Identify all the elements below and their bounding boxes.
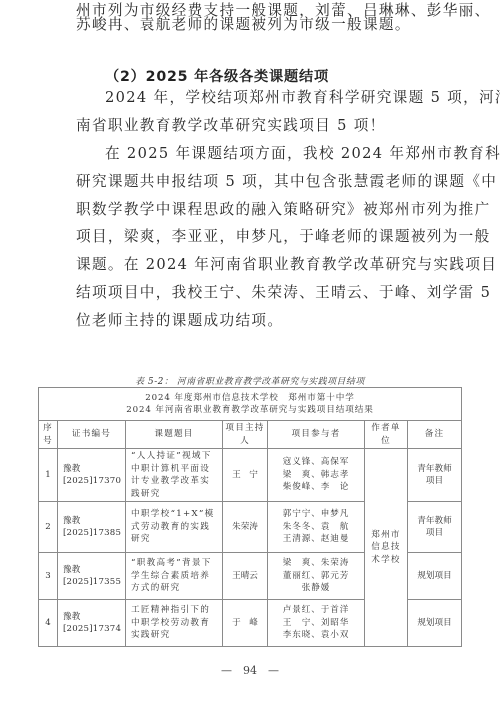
table-title: 2024 年度郑州市信息技术学校 郑州市第十中学 2024 年河南省职业教育教学… [39, 388, 462, 421]
cell-participants: 寇义锋、高保军 梁 爽、韩志孝 柴俊峰、李 论 [268, 449, 365, 502]
cell-cert: 豫教 [2025]17385 [58, 502, 126, 553]
participant-line: 卢景红、于首洋 [270, 604, 362, 617]
cell-note: 规划项目 [408, 600, 462, 647]
header-note: 备注 [408, 421, 462, 449]
paragraph-summary: 2024 年，学校结项郑州市教育科学研究课题 5 项，河河 南省职业教育教学改革… [76, 84, 428, 140]
header-unit: 作者单位 [365, 421, 408, 449]
cell-unit: 郑州市信息技术学校 [365, 449, 408, 647]
cell-seq: 1 [39, 449, 58, 502]
text-line: 研究课题共申报结项 5 项，其中包含张慧霞老师的课题《中 [76, 168, 428, 196]
paragraph-continuation-block: 苏峻冉、袁航老师的课题被列为市级一般课题。 [76, 11, 428, 39]
header-seq: 序号 [39, 421, 58, 449]
cert-number: [2025]17355 [63, 576, 123, 589]
table-title-line-2: 2024 年河南省职业教育教学改革研究与实践项目结项结果 [41, 404, 459, 417]
table-caption: 表 5-2： 河南省职业教育教学改革研究与实践项目结项 [0, 374, 500, 387]
cert-prefix: 豫教 [63, 515, 123, 528]
cell-participants: 梁 爽、朱荣涛 董丽红、郭元芳 张静媛 [268, 553, 365, 600]
text-line: 位老师主持的课题成功结项。 [76, 307, 428, 335]
text-line: 南省职业教育教学改革研究实践项目 5 项！ [76, 112, 428, 140]
cell-topic: “职教高考”背景下学生综合素质培养方式的研究 [126, 553, 223, 600]
participant-line: 梁 爽、朱荣涛 [270, 557, 362, 570]
cell-seq: 3 [39, 553, 58, 600]
cell-note: 青年教师项目 [408, 502, 462, 553]
header-participants: 项目参与者 [268, 421, 365, 449]
cell-note: 青年教师项目 [408, 449, 462, 502]
cert-prefix: 豫教 [63, 611, 123, 624]
cert-number: [2025]17385 [63, 527, 123, 540]
cell-note: 规划项目 [408, 553, 462, 600]
text-line: 结项项目中，我校王宁、朱荣涛、王晴云、于峰、刘学雷 5 [76, 279, 428, 307]
cell-topic: 工匠精神指引下的中职学校劳动教育实践研究 [126, 600, 223, 647]
participant-line: 柴俊峰、李 论 [270, 481, 362, 494]
participant-line: 朱冬冬、袁 航 [270, 521, 362, 534]
participant-line: 王 宁、刘昭华 [270, 617, 362, 630]
cell-seq: 2 [39, 502, 58, 553]
cell-participants: 郭宁宁、申梦凡 朱冬冬、袁 航 王清源、赵迪曼 [268, 502, 365, 553]
cert-number: [2025]17374 [63, 623, 123, 636]
participant-line: 梁 爽、韩志孝 [270, 469, 362, 482]
text-line: 项目，梁爽，李亚亚，申梦凡，于峰老师的课题被列为一般 [76, 223, 428, 251]
table-header-row: 序号 证书编号 课题题目 项目主持人 项目参与者 作者单位 备注 [39, 421, 462, 449]
cert-prefix: 豫教 [63, 463, 123, 476]
cell-participants: 卢景红、于首洋 王 宁、刘昭华 李东晓、袁小双 [268, 600, 365, 647]
cell-host: 朱荣涛 [223, 502, 268, 553]
participant-line: 寇义锋、高保军 [270, 456, 362, 469]
cell-host: 王晴云 [223, 553, 268, 600]
participant-line: 张静媛 [270, 582, 362, 595]
text-line: 在 2025 年课题结项方面，我校 2024 年郑州市教育科学 [76, 140, 428, 168]
cell-cert: 豫教 [2025]17370 [58, 449, 126, 502]
table-row: 1 豫教 [2025]17370 “人人持证”视域下中职计算机平面设计专业教学改… [39, 449, 462, 502]
cert-number: [2025]17370 [63, 475, 123, 488]
cell-seq: 4 [39, 600, 58, 647]
cell-host: 于 峰 [223, 600, 268, 647]
cell-topic: 中职学校“1+X”模式劳动教育的实践研究 [126, 502, 223, 553]
section-heading: （2）2025 年各级各类课题结项 [105, 66, 329, 86]
results-table: 2024 年度郑州市信息技术学校 郑州市第十中学 2024 年河南省职业教育教学… [38, 387, 462, 647]
text-line: 课题。在 2024 年河南省职业教育教学改革研究与实践项目 [76, 251, 428, 279]
text-line: 2024 年，学校结项郑州市教育科学研究课题 5 项，河河 [76, 84, 428, 112]
cell-cert: 豫教 [2025]17355 [58, 553, 126, 600]
cell-cert: 豫教 [2025]17374 [58, 600, 126, 647]
header-topic: 课题题目 [126, 421, 223, 449]
cert-prefix: 豫教 [63, 564, 123, 577]
header-cert: 证书编号 [58, 421, 126, 449]
text-line: 职数学教学中课程思政的融入策略研究》被郑州市列为推广 [76, 196, 428, 224]
participant-line: 郭宁宁、申梦凡 [270, 508, 362, 521]
table-title-line-1: 2024 年度郑州市信息技术学校 郑州市第十中学 [41, 392, 459, 405]
page-number: — 94 — [0, 662, 500, 678]
cell-topic: “人人持证”视域下中职计算机平面设计专业教学改革实践研究 [126, 449, 223, 502]
participant-line: 李东晓、袁小双 [270, 629, 362, 642]
participant-line: 王清源、赵迪曼 [270, 533, 362, 546]
participant-line: 董丽红、郭元芳 [270, 570, 362, 583]
paragraph-details: 在 2025 年课题结项方面，我校 2024 年郑州市教育科学 研究课题共申报结… [76, 140, 428, 335]
cell-host: 王 宁 [223, 449, 268, 502]
text-line: 苏峻冉、袁航老师的课题被列为市级一般课题。 [76, 11, 428, 39]
header-host: 项目主持人 [223, 421, 268, 449]
